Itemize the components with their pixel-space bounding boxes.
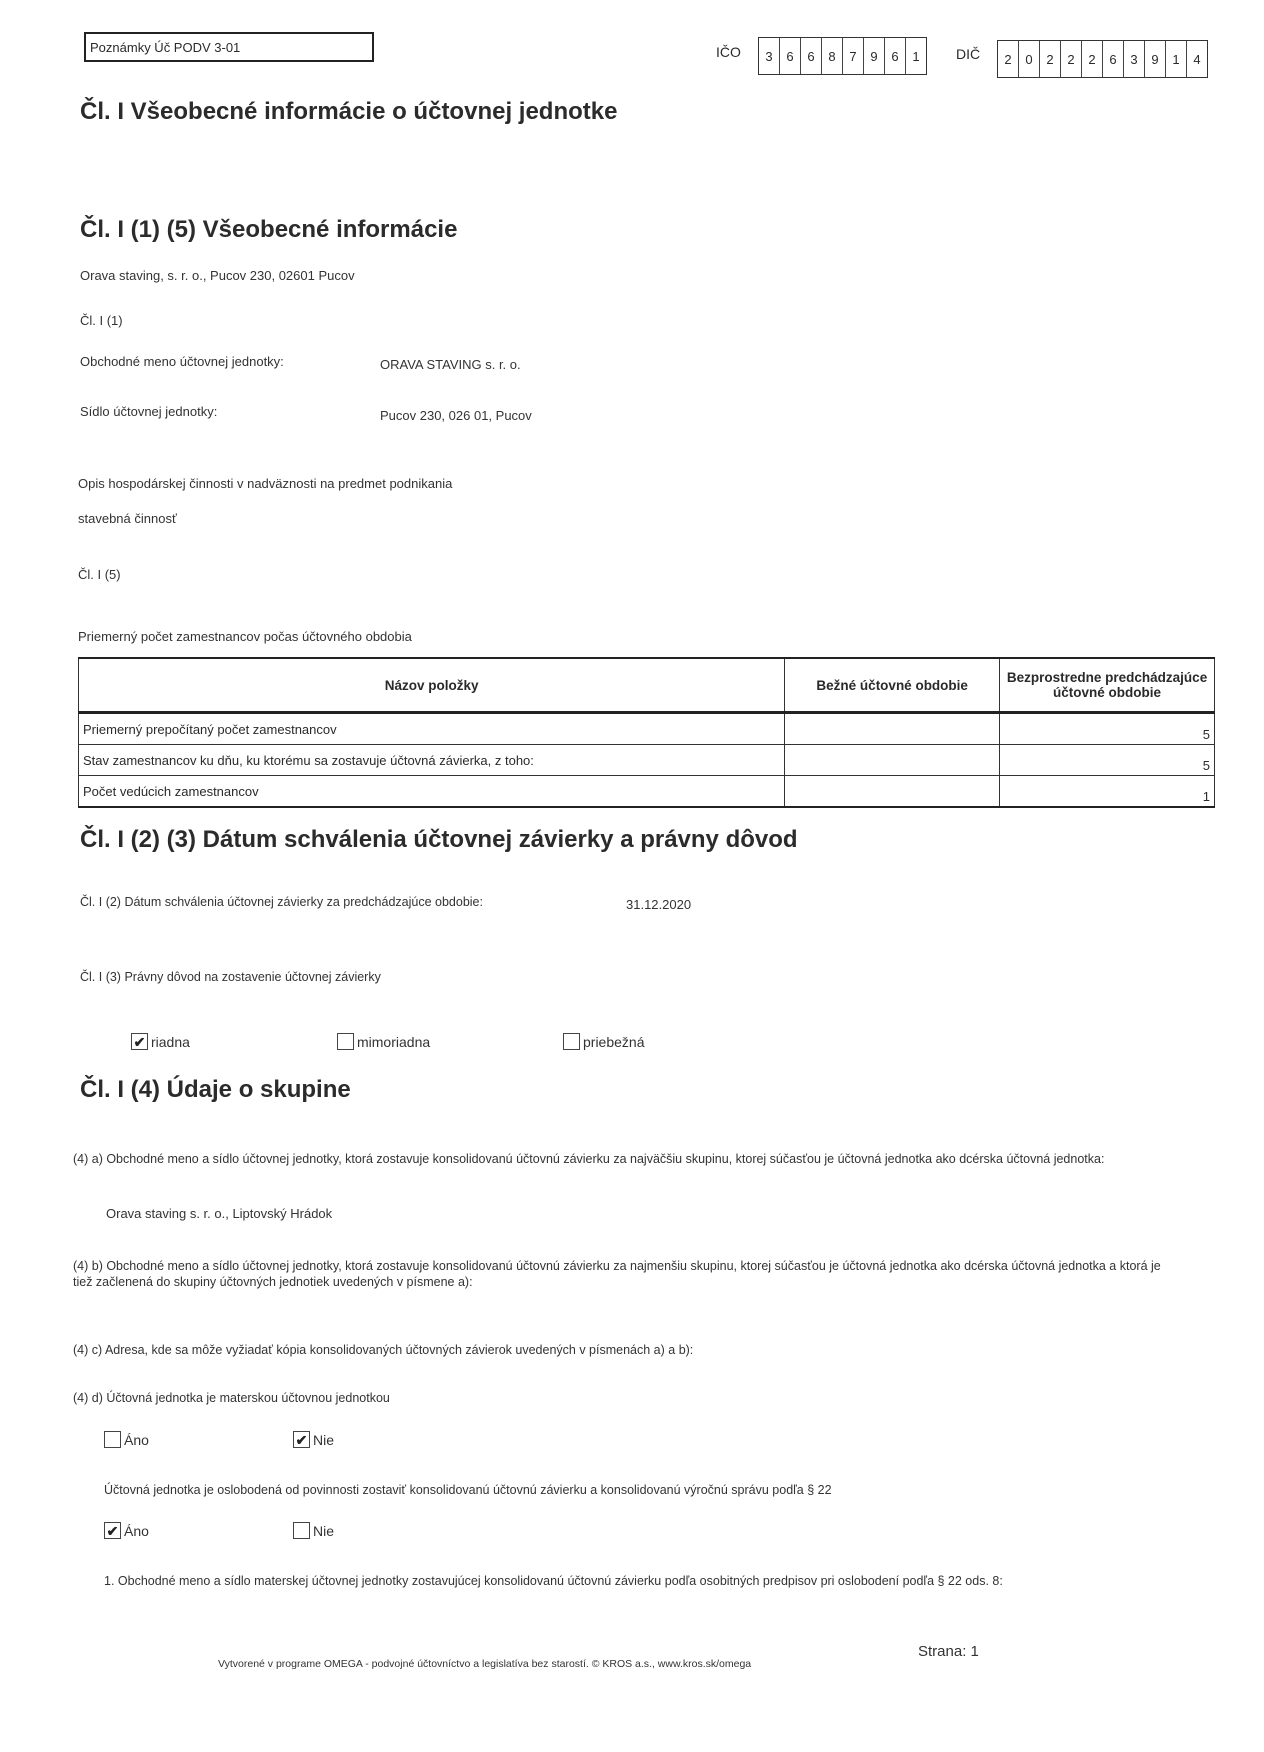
dic-digit-boxes: 2022263914 bbox=[997, 40, 1208, 78]
column-header-item-name: Názov položky bbox=[79, 658, 785, 713]
dic-digit: 9 bbox=[1145, 41, 1166, 77]
checkbox-label: priebežná bbox=[583, 1034, 645, 1050]
group-a-label: (4) a) Obchodné meno a sídlo účtovnej je… bbox=[73, 1151, 1173, 1167]
row-name-cell: Stav zamestnancov ku dňu, ku ktorému sa … bbox=[79, 745, 785, 776]
page-number: Strana: 1 bbox=[918, 1643, 979, 1660]
document-code-box: Poznámky Úč PODV 3-01 bbox=[84, 32, 374, 62]
dic-digit: 2 bbox=[1082, 41, 1103, 77]
current-period-cell bbox=[785, 745, 1000, 776]
empty-checkbox-icon[interactable] bbox=[563, 1033, 580, 1050]
ico-digit: 6 bbox=[780, 38, 801, 74]
group-b-label: (4) b) Obchodné meno a sídlo účtovnej je… bbox=[73, 1258, 1173, 1290]
checkbox-label: Áno bbox=[124, 1432, 149, 1448]
legal-reason-label: Čl. I (3) Právny dôvod na zostavenie účt… bbox=[80, 970, 381, 984]
table-row: Stav zamestnancov ku dňu, ku ktorému sa … bbox=[79, 745, 1215, 776]
ico-digit-boxes: 36687961 bbox=[758, 37, 927, 75]
ico-label: IČO bbox=[716, 44, 741, 60]
checkbox-label: Áno bbox=[124, 1523, 149, 1539]
table-header-row: Názov položky Bežné účtovné obdobie Bezp… bbox=[79, 658, 1215, 713]
checkbox-label: mimoriadna bbox=[357, 1034, 430, 1050]
column-header-previous-period: Bezprostredne predchádzajúce účtovné obd… bbox=[1000, 658, 1215, 713]
row-name-cell: Počet vedúcich zamestnancov bbox=[79, 776, 785, 808]
previous-period-cell: 5 bbox=[1000, 713, 1215, 745]
checkbox-label: Nie bbox=[313, 1432, 334, 1448]
empty-checkbox-icon[interactable] bbox=[293, 1522, 310, 1539]
exemption-label: Účtovná jednotka je oslobodená od povinn… bbox=[104, 1483, 832, 1497]
section-title-general: Čl. I Všeobecné informácie o účtovnej je… bbox=[80, 98, 617, 126]
ico-digit: 6 bbox=[801, 38, 822, 74]
previous-period-cell: 5 bbox=[1000, 745, 1215, 776]
activity-value: stavebná činnosť bbox=[78, 511, 177, 526]
checkmark-icon[interactable]: ✔ bbox=[104, 1522, 121, 1539]
employees-table: Názov položky Bežné účtovné obdobie Bezp… bbox=[78, 657, 1215, 808]
checkbox-label: riadna bbox=[151, 1034, 190, 1050]
ico-digit: 9 bbox=[864, 38, 885, 74]
column-header-current-period: Bežné účtovné obdobie bbox=[785, 658, 1000, 713]
employees-label: Priemerný počet zamestnancov počas účtov… bbox=[78, 629, 412, 644]
section-title-approval: Čl. I (2) (3) Dátum schválenia účtovnej … bbox=[80, 826, 798, 854]
activity-label: Opis hospodárskej činnosti v nadväznosti… bbox=[78, 476, 452, 491]
seat-value: Pucov 230, 026 01, Pucov bbox=[380, 408, 532, 423]
business-name-label: Obchodné meno účtovnej jednotky: bbox=[80, 354, 284, 369]
dic-digit: 1 bbox=[1166, 41, 1187, 77]
group-c-label: (4) c) Adresa, kde sa môže vyžiadať kópi… bbox=[73, 1343, 693, 1357]
subsection-1: Čl. I (1) bbox=[80, 313, 123, 328]
dic-label: DIČ bbox=[956, 46, 980, 62]
checkmark-icon[interactable]: ✔ bbox=[293, 1431, 310, 1448]
checkbox-nie[interactable]: Nie bbox=[293, 1522, 334, 1539]
ico-digit: 8 bbox=[822, 38, 843, 74]
checkbox-mimoriadna[interactable]: mimoriadna bbox=[337, 1033, 430, 1050]
dic-digit: 2 bbox=[1061, 41, 1082, 77]
ico-digit: 7 bbox=[843, 38, 864, 74]
checkbox-priebezna[interactable]: priebežná bbox=[563, 1033, 645, 1050]
seat-label: Sídlo účtovnej jednotky: bbox=[80, 404, 217, 419]
approval-date-label: Čl. I (2) Dátum schválenia účtovnej závi… bbox=[80, 895, 483, 909]
ico-digit: 6 bbox=[885, 38, 906, 74]
group-d-label: (4) d) Účtovná jednotka je materskou účt… bbox=[73, 1391, 390, 1405]
dic-digit: 6 bbox=[1103, 41, 1124, 77]
footer-credit: Vytvorené v programe OMEGA - podvojné úč… bbox=[218, 1658, 751, 1670]
dic-digit: 0 bbox=[1019, 41, 1040, 77]
dic-digit: 2 bbox=[1040, 41, 1061, 77]
checkbox-ano[interactable]: ✔Áno bbox=[104, 1522, 149, 1539]
approval-date-value: 31.12.2020 bbox=[626, 897, 691, 912]
row-name-cell: Priemerný prepočítaný počet zamestnancov bbox=[79, 713, 785, 745]
group-a-value: Orava staving s. r. o., Liptovský Hrádok bbox=[106, 1206, 332, 1221]
checkbox-label: Nie bbox=[313, 1523, 334, 1539]
checkmark-icon[interactable]: ✔ bbox=[131, 1033, 148, 1050]
dic-digit: 4 bbox=[1187, 41, 1207, 77]
ico-digit: 1 bbox=[906, 38, 926, 74]
section-title-general-info: Čl. I (1) (5) Všeobecné informácie bbox=[80, 216, 457, 244]
checkbox-ano[interactable]: Áno bbox=[104, 1431, 149, 1448]
ico-digit: 3 bbox=[759, 38, 780, 74]
table-row: Počet vedúcich zamestnancov1 bbox=[79, 776, 1215, 808]
current-period-cell bbox=[785, 776, 1000, 808]
checkbox-nie[interactable]: ✔Nie bbox=[293, 1431, 334, 1448]
document-code: Poznámky Úč PODV 3-01 bbox=[90, 40, 240, 55]
company-line: Orava staving, s. r. o., Pucov 230, 0260… bbox=[80, 268, 355, 283]
section-title-group: Čl. I (4) Údaje o skupine bbox=[80, 1076, 351, 1104]
checkbox-riadna[interactable]: ✔riadna bbox=[131, 1033, 190, 1050]
current-period-cell bbox=[785, 713, 1000, 745]
empty-checkbox-icon[interactable] bbox=[337, 1033, 354, 1050]
parent-entity-label: 1. Obchodné meno a sídlo materskej účtov… bbox=[104, 1574, 1003, 1588]
subsection-5: Čl. I (5) bbox=[78, 567, 121, 582]
dic-digit: 3 bbox=[1124, 41, 1145, 77]
empty-checkbox-icon[interactable] bbox=[104, 1431, 121, 1448]
dic-digit: 2 bbox=[998, 41, 1019, 77]
previous-period-cell: 1 bbox=[1000, 776, 1215, 808]
table-row: Priemerný prepočítaný počet zamestnancov… bbox=[79, 713, 1215, 745]
business-name-value: ORAVA STAVING s. r. o. bbox=[380, 357, 521, 372]
